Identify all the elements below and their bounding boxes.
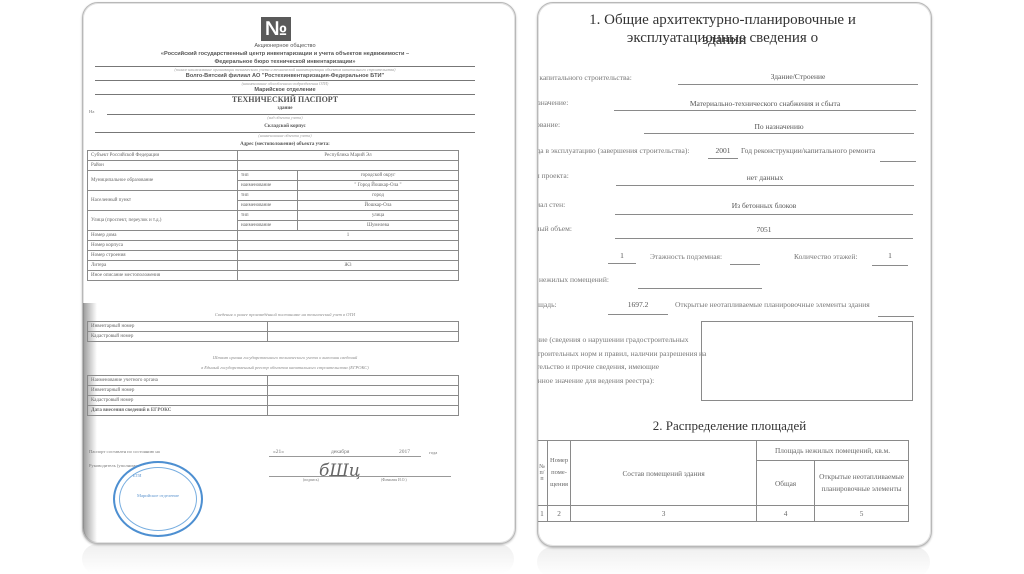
house-value: 1	[238, 231, 459, 241]
column-number: 2	[548, 506, 571, 522]
compiled-as-of-label: Паспорт составлен по состоянию на	[89, 449, 160, 454]
org-name-line-2: Федеральное бюро технической инвентариза…	[95, 59, 475, 65]
notes-label-line-4: существенное значение для ведения реестр…	[537, 376, 654, 385]
purpose-value: Материально-технического снабжения и сбы…	[614, 99, 916, 108]
floor-count-label: Количество этажей:	[794, 252, 857, 261]
underline	[878, 316, 914, 317]
table-row: Инвентарный номер	[88, 322, 459, 332]
underline	[880, 161, 916, 162]
commissioning-year-label: Год ввода в эксплуатацию (завершения стр…	[537, 146, 689, 155]
kind-value: Здание/Строение	[678, 72, 918, 81]
col-room-number-header: Номер поме-щения	[548, 441, 571, 506]
cadastral-number-value	[268, 396, 459, 406]
structure-label: Номер строения	[88, 251, 238, 261]
egroks-date-label: Дата внесения сведений в ЕГРОКС	[88, 406, 268, 416]
col-open-elements-header: Открытые неотапливаемые планировочные эл…	[815, 461, 909, 506]
municipality-name: " Город Йошкар-Ола "	[298, 181, 459, 191]
cadastral-number-value	[268, 332, 459, 342]
inventory-number-label: Инвентарный номер	[88, 386, 268, 396]
column-number: 4	[757, 506, 815, 522]
signature-caption: (подпись)	[303, 478, 319, 482]
registry-body-label: Наименование учетного органа	[88, 376, 268, 386]
total-area-value: 1697.2	[608, 300, 668, 309]
usage-label: Фактическое использование:	[537, 120, 560, 129]
street-label: Улица (проспект, переулок и т.д.)	[88, 211, 238, 231]
other-location-value	[238, 271, 459, 281]
object-kind-caption: (вид объекта учета)	[95, 115, 475, 120]
municipality-label: Муниципальное образование	[88, 171, 238, 191]
column-number: 3	[571, 506, 757, 522]
cadastral-number-label: Кадастровый номер	[88, 396, 268, 406]
egroks-caption-1: Штамп органа государственного техническо…	[95, 355, 475, 360]
table-row: Дата внесения сведений в ЕГРОКС	[88, 406, 459, 416]
signature-underline	[269, 476, 451, 477]
registry-body-value	[268, 376, 459, 386]
underline	[708, 158, 738, 159]
document-title: ТЕХНИЧЕСКИЙ ПАСПОРТ	[95, 95, 475, 104]
total-area-label: Общая площадь:	[537, 300, 557, 309]
col-room-composition-header: Состав помещений здания	[571, 441, 757, 506]
inventory-number-value	[268, 322, 459, 332]
nonresidential-count-label: Количество нежилых помещений:	[537, 275, 609, 284]
branch-name: Волго-Вятский филиал АО "Ростехинвентари…	[95, 73, 475, 79]
table-row: Кадастровый номер	[88, 396, 459, 406]
org-caption: (полное наименование организации техниче…	[95, 67, 475, 72]
building-volume-value: 7051	[615, 225, 913, 234]
inventory-number-value	[268, 386, 459, 396]
handwritten-signature: бШц	[319, 461, 361, 481]
other-location-label: Иное описание местоположения	[88, 271, 238, 281]
purpose-label: Назначение:	[537, 98, 568, 107]
kind-label: Вид объекта капитального строительства:	[537, 73, 632, 82]
municipality-name-label: наименование	[238, 181, 298, 191]
floors-value: 1	[608, 251, 636, 260]
egroks-caption-2: в Единый государственный реестр объектов…	[95, 365, 475, 370]
underline	[615, 238, 913, 239]
inventory-number-label: Инвентарный номер	[88, 322, 268, 332]
underline	[616, 185, 914, 186]
settlement-type-label: тип	[238, 191, 298, 201]
usage-value: По назначению	[644, 122, 914, 131]
underline	[638, 288, 762, 289]
litera-label: Литера	[88, 261, 238, 271]
street-type: улица	[298, 211, 459, 221]
building-value	[238, 241, 459, 251]
municipality-type: городской округ	[298, 171, 459, 181]
reconstruction-year-label: Год реконструкции/капитального ремонта	[741, 146, 875, 155]
number-sign-logo-icon: №	[261, 17, 291, 41]
stamp-center-text: Марийское отделение	[115, 493, 201, 499]
org-name-line-1: «Российский государственный центр инвент…	[95, 51, 475, 57]
date-suffix: года	[429, 450, 437, 455]
address-heading: Адрес (местоположение) объекта учета:	[95, 142, 475, 147]
project-series-label: Серия, тип проекта:	[537, 171, 569, 180]
name-caption: (Фамилия И.О.)	[381, 478, 407, 482]
col-group-nonresidential-area-header: Площадь нежилых помещений, кв.м.	[757, 441, 909, 461]
street-type-label: тип	[238, 211, 298, 221]
col-total-header: Общая	[757, 461, 815, 506]
building-label: Номер корпуса	[88, 241, 238, 251]
underline	[872, 265, 908, 266]
underline	[678, 84, 918, 85]
branch-caption: (наименование обособленного подразделени…	[95, 81, 475, 86]
settlement-name: Йошкар-Ола	[298, 201, 459, 211]
street-name-label: наименование	[238, 221, 298, 231]
on-label: На	[89, 109, 94, 114]
left-page-reflection	[82, 544, 514, 574]
section-1-title-line-2: здании	[538, 31, 911, 49]
notes-label-line-1: Примечание (сведения о нарушении градост…	[537, 335, 689, 344]
table-row: Кадастровый номер	[88, 332, 459, 342]
date-day: «21»	[273, 449, 284, 455]
underline	[730, 264, 760, 265]
section-2-title: 2. Распределение площадей	[548, 417, 911, 435]
prior-registration-table: Инвентарный номер Кадастровый номер	[87, 321, 459, 342]
table-row: Инвентарный номер	[88, 386, 459, 396]
wall-material-label: Материал стен:	[537, 200, 565, 209]
official-stamp-icon: БТИ Марийское отделение	[113, 461, 203, 537]
litera-value: Ж3	[238, 261, 459, 271]
house-label: Номер дома	[88, 231, 238, 241]
district-label: Район	[88, 161, 238, 171]
date-month: декабря	[331, 449, 349, 455]
general-building-info-page: 1. Общие архитектурно-планировочные и эк…	[537, 2, 932, 547]
underline	[608, 263, 636, 264]
department: Марийское отделение	[95, 87, 475, 93]
right-page-reflection	[537, 547, 930, 574]
municipality-type-label: тип	[238, 171, 298, 181]
structure-value	[238, 251, 459, 261]
address-table: Субъект Российской ФедерацииРеспублика М…	[87, 150, 459, 281]
date-underline	[269, 456, 421, 457]
underline	[608, 314, 668, 315]
object-name-caption: (наименование объекта учета)	[95, 133, 475, 138]
commissioning-year-value: 2001	[708, 146, 738, 155]
column-number: 1	[537, 506, 548, 522]
notes-label-line-2: и строительных норм и правил, наличии ра…	[537, 349, 706, 358]
object-name: Складской корпус	[95, 124, 475, 129]
street-name: Шумелева	[298, 221, 459, 231]
underline	[644, 133, 914, 134]
cadastral-number-label: Кадастровый номер	[88, 332, 268, 342]
column-number: 5	[815, 506, 909, 522]
notes-label-line-3: строительство и прочие сведения, имеющие	[537, 362, 659, 371]
building-volume-label: Строительный объем:	[537, 224, 572, 233]
prior-registration-caption: Сведения о ранее произведённой постановк…	[95, 312, 475, 317]
underground-floors-label: Этажность подземная:	[650, 252, 722, 261]
stamp-top-text: БТИ	[133, 473, 142, 478]
floor-count-value: 1	[872, 251, 908, 260]
notes-box	[701, 321, 913, 401]
egroks-date-value	[268, 406, 459, 416]
org-type: Акционерное общество	[95, 43, 475, 49]
subject-label: Субъект Российской Федерации	[88, 151, 238, 161]
object-kind: здание	[95, 106, 475, 111]
area-distribution-table: № п/п Номер поме-щения Состав помещений …	[537, 440, 909, 522]
date-year: 2017	[399, 449, 410, 455]
settlement-type: город	[298, 191, 459, 201]
open-elements-label: Открытые неотапливаемые планировочные эл…	[675, 300, 870, 309]
egroks-table: Наименование учетного органа Инвентарный…	[87, 375, 459, 416]
project-series-value: нет данных	[616, 173, 914, 182]
wall-material-value: Из бетонных блоков	[615, 201, 913, 210]
district-value	[238, 161, 459, 171]
col-row-number-header: № п/п	[537, 441, 548, 506]
settlement-label: Населенный пункт	[88, 191, 238, 211]
technical-passport-cover-page: № Акционерное общество «Российский госуд…	[82, 2, 516, 544]
subject-value: Республика Марий Эл	[238, 151, 459, 161]
table-row: Наименование учетного органа	[88, 376, 459, 386]
underline	[614, 110, 916, 111]
underline	[615, 214, 913, 215]
settlement-name-label: наименование	[238, 201, 298, 211]
table-row: 1 2 3 4 5	[537, 506, 909, 522]
